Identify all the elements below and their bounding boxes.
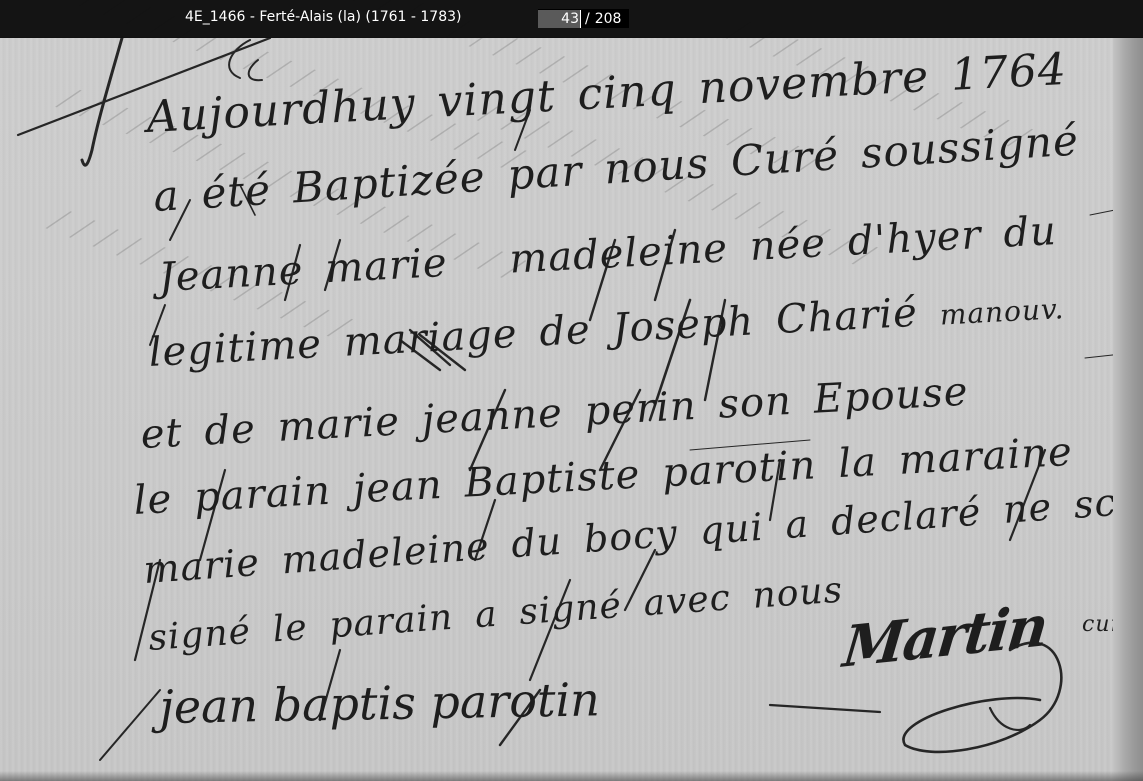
- handwritten-line-4: legitimemariagedeJosephChariémanouv.: [148, 281, 1088, 376]
- page-separator: /: [585, 11, 590, 27]
- word: Baptiste: [463, 452, 641, 507]
- godfather-signature: jean baptis parotin: [159, 672, 622, 734]
- word: jean: [352, 462, 444, 513]
- word: signé: [518, 585, 623, 633]
- word: manouv.: [939, 292, 1065, 331]
- word: son: [717, 378, 793, 428]
- word: nous: [603, 138, 711, 193]
- archive-image-viewer: / / / / / / / / / / / / / / / / / / / / …: [0, 0, 1143, 781]
- word: legitime: [148, 321, 324, 376]
- word: Charié: [775, 290, 919, 343]
- word: d'hyer: [847, 212, 983, 265]
- word: perin: [584, 383, 698, 435]
- word: parain: [328, 597, 454, 647]
- word: du: [510, 519, 564, 566]
- page-binding-edge: [1113, 38, 1143, 781]
- word: le: [271, 607, 309, 650]
- word: jeanne: [421, 390, 564, 443]
- scanned-document-image[interactable]: / / / / / / / / / / / / / / / / / / / / …: [0, 0, 1143, 781]
- word: marie: [276, 398, 401, 450]
- word: vingt: [436, 71, 557, 128]
- signature-text: jean baptis parotin: [159, 672, 600, 734]
- word: qui: [698, 505, 765, 553]
- word: de: [203, 406, 257, 455]
- word: née: [749, 220, 827, 270]
- word: bocy: [582, 511, 679, 561]
- word: et: [140, 410, 184, 458]
- signature-text: Martin: [840, 593, 1050, 681]
- word: marie: [324, 240, 449, 292]
- word: a: [784, 502, 811, 548]
- word: du: [1002, 208, 1058, 257]
- viewer-toolbar: 4E_1466 - Ferté-Alais (la) (1761 - 1783)…: [0, 0, 1143, 38]
- word: maraine: [898, 429, 1074, 484]
- word: marie: [142, 540, 261, 592]
- current-page-input[interactable]: [538, 10, 581, 28]
- word: été: [200, 165, 272, 218]
- word: la: [837, 439, 878, 487]
- word: de: [538, 307, 592, 356]
- word: nous: [751, 570, 844, 617]
- handwritten-line-3: Jeannemariemadeleinenéed'hyerdu: [158, 207, 1080, 301]
- total-pages: 208: [595, 11, 630, 27]
- word: signé: [147, 611, 252, 659]
- word: mariage: [343, 311, 519, 366]
- word: le: [133, 476, 174, 524]
- word: a: [152, 171, 181, 221]
- word: Jeanne: [158, 247, 305, 301]
- document-title: 4E_1466 - Ferté-Alais (la) (1761 - 1783): [185, 8, 462, 26]
- word: Epouse: [813, 369, 970, 423]
- word: Baptizée: [291, 152, 487, 213]
- word: soussigné: [859, 116, 1080, 178]
- page-bottom-edge: [0, 771, 1143, 781]
- page-navigator: / 208: [538, 9, 629, 28]
- word: Aujourdhuy: [145, 78, 417, 143]
- word: declaré: [829, 490, 982, 544]
- word: par: [506, 146, 584, 199]
- word: avec: [642, 577, 732, 624]
- word: parain: [193, 468, 332, 521]
- word: novembre: [697, 51, 930, 114]
- word: parotin: [661, 442, 817, 496]
- word: Joseph: [611, 298, 755, 351]
- word: madeleine: [280, 524, 491, 582]
- word: ne: [1002, 485, 1054, 532]
- word: 1764: [950, 44, 1068, 101]
- word: cinq: [576, 64, 678, 120]
- priest-signature: Martin: [840, 590, 1071, 681]
- word: Curé: [729, 130, 840, 186]
- word: madeleine: [508, 225, 729, 282]
- word: a: [474, 594, 499, 636]
